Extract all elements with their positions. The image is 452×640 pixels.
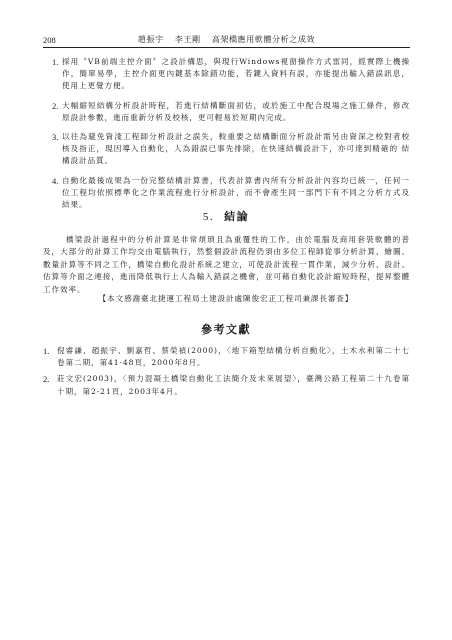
references-heading: 參考文獻 [0, 321, 452, 337]
references-list: 1. 倪睿謙、趙振宇、劉嘉哲、蔡榮禎(2000)，〈地下箱型結構分析自動化〉，土… [43, 345, 410, 402]
section-title: 結論 [224, 210, 249, 223]
conclusion-heading: 5.結論 [0, 208, 452, 224]
reference-number: 1. [43, 345, 49, 357]
author-name: 李王剛 [175, 35, 201, 44]
article-title: 高架橋應用軟體分析之成效 [212, 35, 315, 44]
list-item: 1. 採用〝VB前端主控介面〞之設計構思，與現行Windows視窗操作方式雷同，… [52, 56, 410, 93]
item-text: 大幅縮短結構分析設計時程，若進行結構斷面初估，或於施工中配合現場之施工條件，修改… [62, 101, 410, 122]
item-text: 採用〝VB前端主控介面〞之設計構思，與現行Windows視窗操作方式雷同，經實際… [62, 57, 410, 90]
list-item: 2. 大幅縮短結構分析設計時程，若進行結構斷面初估，或於施工中配合現場之施工條件… [52, 100, 410, 124]
list-item: 3. 以往為避免資淺工程師分析設計之誤失，較重要之結構斷面分析設計需另由資深之校… [52, 131, 410, 168]
running-title: 趙振宇 李王剛 高架橋應用軟體分析之成效 [43, 34, 410, 46]
page-header: 208 趙振宇 李王剛 高架橋應用軟體分析之成效 [43, 33, 410, 48]
item-text: 以往為避免資淺工程師分析設計之誤失，較重要之結構斷面分析設計需另由資深之校對者校… [62, 132, 410, 165]
acknowledgement: 【本文感謝臺北捷運工程局土建設計處陳俊宏正工程司兼課長審查】 [0, 293, 452, 304]
item-number: 4. [52, 175, 58, 187]
conclusion-paragraph: 橋梁設計過程中的分析計算是非常煩瑣且為重覆性的工作，由於電腦及商用套裝軟體的普及… [43, 234, 410, 296]
item-number: 1. [52, 56, 58, 68]
reference-item: 2. 莊文宏(2003)，〈預力混凝土橋梁自動化工法簡介及未來展望〉，臺灣公路工… [43, 373, 410, 397]
item-number: 3. [52, 131, 58, 143]
reference-text: 莊文宏(2003)，〈預力混凝土橋梁自動化工法簡介及未來展望〉，臺灣公路工程第二… [57, 374, 410, 395]
item-number: 2. [52, 100, 58, 112]
reference-number: 2. [43, 373, 49, 385]
benefits-list: 1. 採用〝VB前端主控介面〞之設計構思，與現行Windows視窗操作方式雷同，… [52, 56, 410, 218]
author-name: 趙振宇 [138, 35, 164, 44]
list-item: 4. 自動化最後成果為一份完整結構計算書，代表計算書內所有分析設計內容均已統一，… [52, 175, 410, 212]
reference-text: 倪睿謙、趙振宇、劉嘉哲、蔡榮禎(2000)，〈地下箱型結構分析自動化〉，土木水利… [57, 346, 410, 367]
section-number: 5. [203, 211, 214, 223]
item-text: 自動化最後成果為一份完整結構計算書，代表計算書內所有分析設計內容均已統一，任何一… [62, 176, 410, 209]
reference-item: 1. 倪睿謙、趙振宇、劉嘉哲、蔡榮禎(2000)，〈地下箱型結構分析自動化〉，土… [43, 345, 410, 369]
